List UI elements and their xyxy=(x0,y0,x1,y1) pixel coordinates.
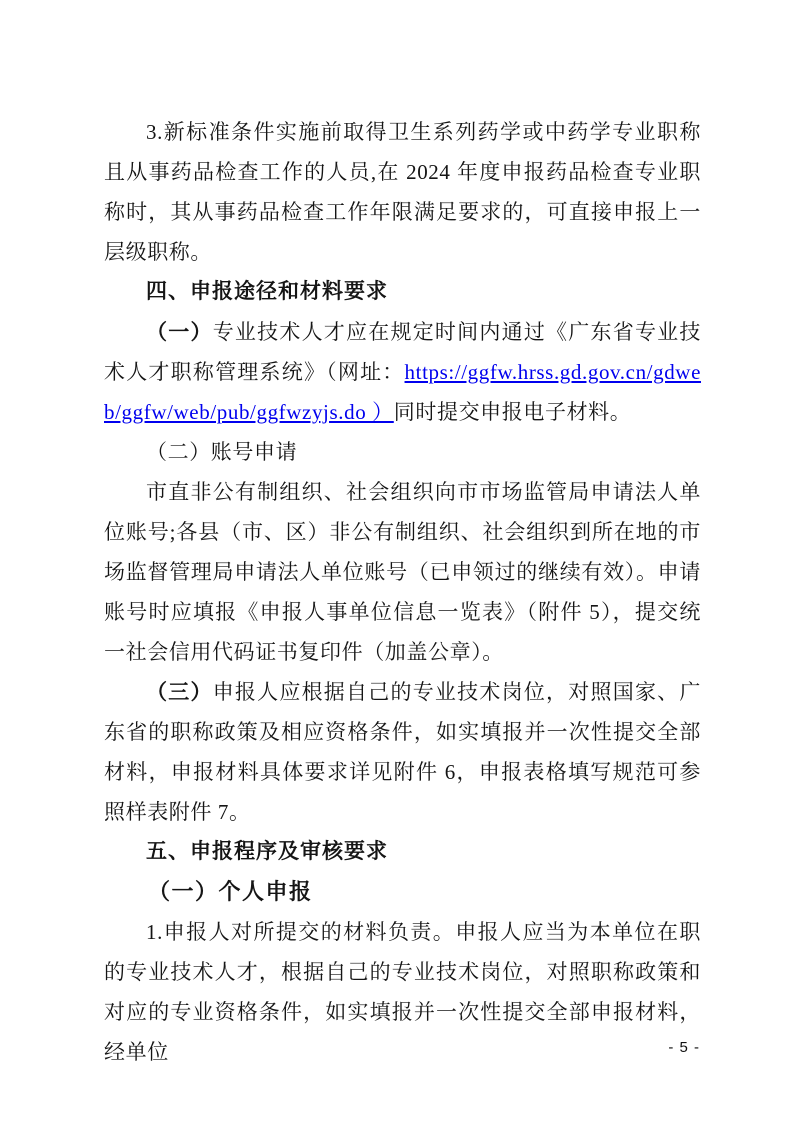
para-4-2-account-detail: 市直非公有制组织、社会组织向市市场监管局申请法人单位账号;各县（市、区）非公有制… xyxy=(104,472,701,672)
heading-section-4-segment-0: 四、申报途径和材料要求 xyxy=(146,280,388,303)
para-5-1-item1-responsibility: 1.申报人对所提交的材料负责。申报人应当为本单位在职的专业技术人才，根据自己的专… xyxy=(104,912,701,1072)
para-4-2-account-detail-segment-0: 市直非公有制组织、社会组织向市市场监管局申请法人单位账号;各县（市、区）非公有制… xyxy=(104,480,701,664)
para-4-3-materials: （三）申报人应根据自己的专业技术岗位，对照国家、广东省的职称政策及相应资格条件，… xyxy=(104,672,701,832)
para-4-2-account-title: （二）账号申请 xyxy=(104,432,701,472)
para-4-1-online-system: （一）专业技术人才应在规定时间内通过《广东省专业技术人才职称管理系统》（网址：h… xyxy=(104,312,701,432)
page-number: - 5 - xyxy=(668,1036,700,1060)
document-page: { "colors": { "text": "#151515", "link":… xyxy=(0,0,793,1122)
para-4-2-account-title-segment-0: （二）账号申请 xyxy=(146,440,297,464)
para-4-1-online-system-segment-3: 同时提交申报电子材料。 xyxy=(394,400,632,424)
para-5-1-item1-responsibility-segment-0: 1.申报人对所提交的材料负责。申报人应当为本单位在职的专业技术人才，根据自己的专… xyxy=(104,920,701,1064)
para-4-1-online-system-segment-0: （一） xyxy=(146,320,213,344)
heading-5-1-individual-declaration: （一）个人申报 xyxy=(104,872,701,912)
heading-section-4: 四、申报途径和材料要求 xyxy=(104,272,701,312)
para-item3-pharma-inspection: 3.新标准条件实施前取得卫生系列药学或中药学专业职称且从事药品检查工作的人员,在… xyxy=(104,112,701,272)
document-body: 3.新标准条件实施前取得卫生系列药学或中药学专业职称且从事药品检查工作的人员,在… xyxy=(104,112,701,1072)
para-4-3-materials-segment-0: （三） xyxy=(146,680,213,704)
heading-section-5-segment-0: 五、申报程序及审核要求 xyxy=(146,840,388,863)
heading-5-1-individual-declaration-segment-0: （一）个人申报 xyxy=(148,879,313,904)
para-item3-pharma-inspection-segment-0: 3.新标准条件实施前取得卫生系列药学或中药学专业职称且从事药品检查工作的人员,在… xyxy=(104,120,701,264)
heading-section-5: 五、申报程序及审核要求 xyxy=(104,832,701,872)
